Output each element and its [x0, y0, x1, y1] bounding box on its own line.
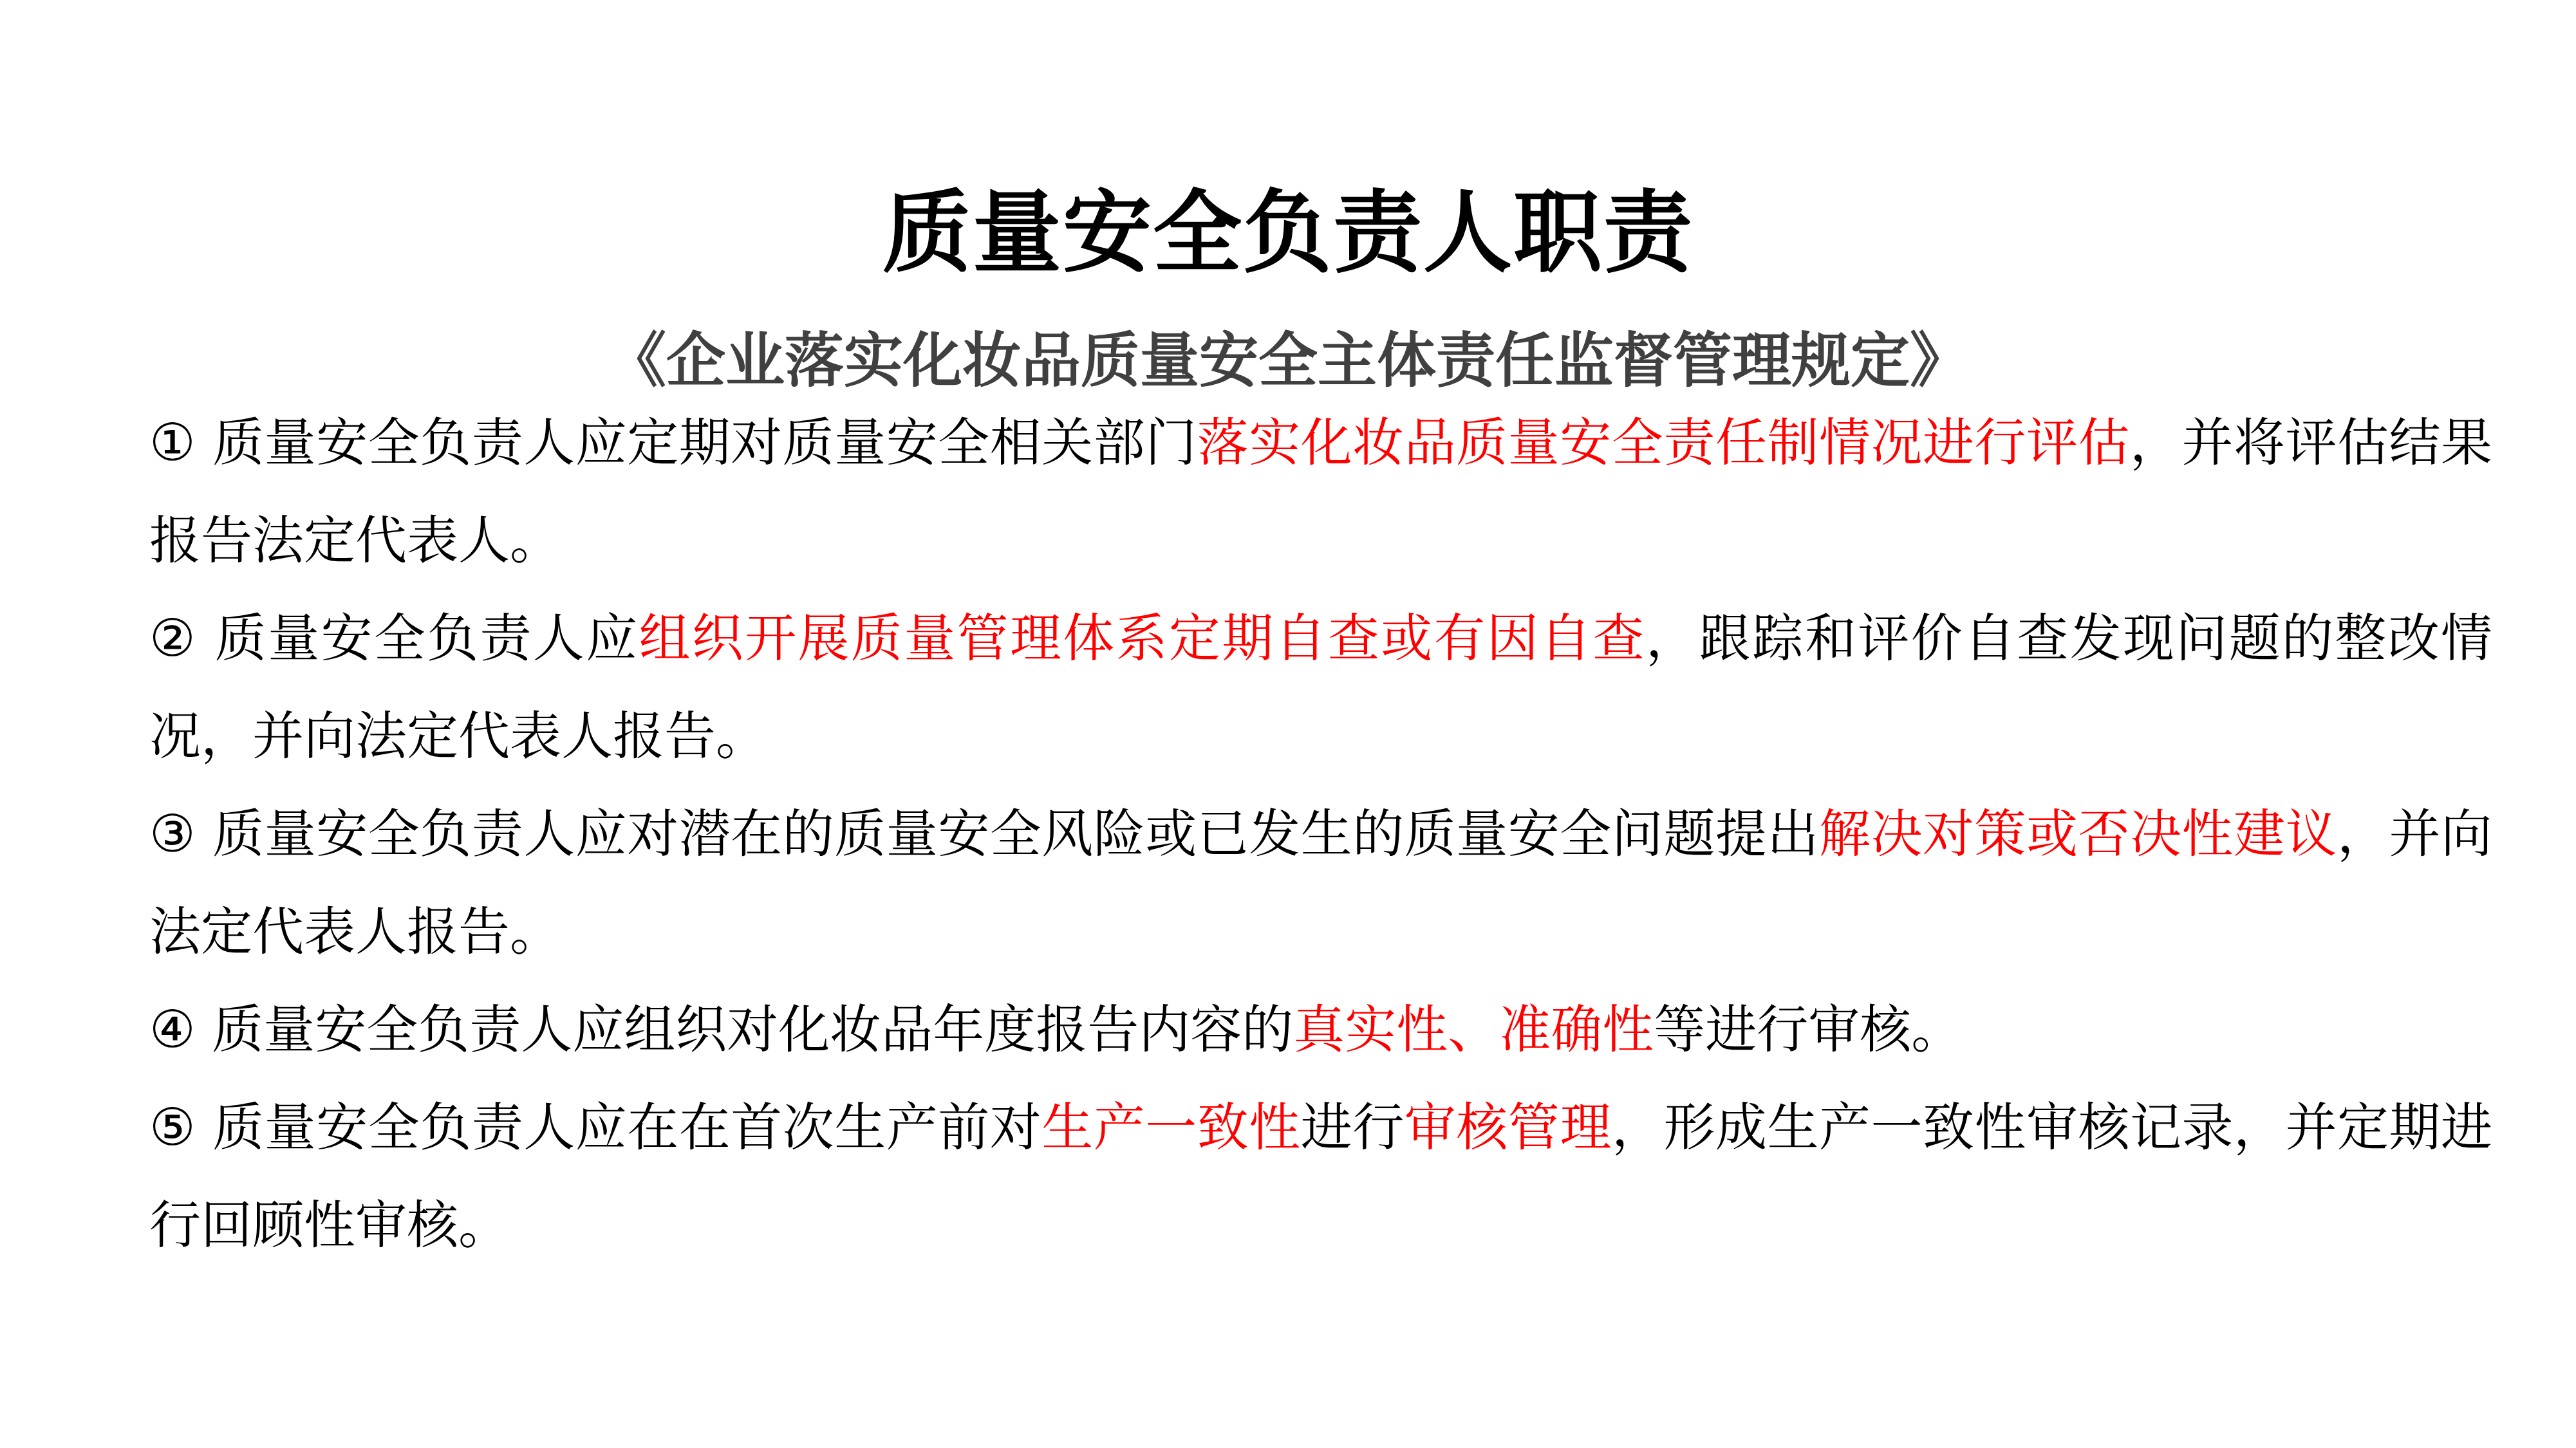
duty-item-3: ③ 质量安全负责人应对潜在的质量安全风险或已发生的质量安全问题提出解决对策或否决… [149, 785, 2492, 981]
duty-item-text: ⑤ 质量安全负责人应在在首次生产前对 [149, 1097, 1041, 1157]
duty-item-text: ④ 质量安全负责人应组织对化妆品年度报告内容的 [149, 999, 1293, 1059]
duty-item-text: 等进行审核。 [1654, 999, 1963, 1059]
duty-item-4: ④ 质量安全负责人应组织对化妆品年度报告内容的真实性、准确性等进行审核。 [149, 981, 2492, 1079]
duty-item-text: ① 质量安全负责人应定期对质量安全相关部门 [149, 413, 1197, 472]
duty-item-highlight: 解决对策或否决性建议 [1819, 804, 2337, 864]
duty-item-text: ② 质量安全负责人应 [149, 608, 639, 668]
duties-list: ① 质量安全负责人应定期对质量安全相关部门落实化妆品质量安全责任制情况进行评估，… [149, 394, 2492, 1274]
duty-item-2: ② 质量安全负责人应组织开展质量管理体系定期自查或有因自查，跟踪和评价自查发现问… [149, 589, 2492, 785]
duty-item-highlight: 落实化妆品质量安全责任制情况进行评估 [1197, 413, 2130, 472]
duty-item-highlight: 真实性、准确性 [1293, 999, 1654, 1059]
regulation-subtitle: 《企业落实化妆品质量安全主体责任监督管理规定》 [0, 319, 2576, 403]
duty-item-highlight: 审核管理 [1405, 1097, 1612, 1157]
duty-item-1: ① 质量安全负责人应定期对质量安全相关部门落实化妆品质量安全责任制情况进行评估，… [149, 394, 2492, 589]
duty-item-text: 进行 [1301, 1097, 1405, 1157]
duty-item-5: ⑤ 质量安全负责人应在在首次生产前对生产一致性进行审核管理，形成生产一致性审核记… [149, 1079, 2492, 1274]
duty-item-highlight: 组织开展质量管理体系定期自查或有因自查 [639, 608, 1646, 668]
duty-item-text: ③ 质量安全负责人应对潜在的质量安全风险或已发生的质量安全问题提出 [149, 804, 1819, 864]
slide-title: 质量安全负责人职责 [0, 175, 2576, 291]
duty-item-highlight: 生产一致性 [1041, 1097, 1301, 1157]
